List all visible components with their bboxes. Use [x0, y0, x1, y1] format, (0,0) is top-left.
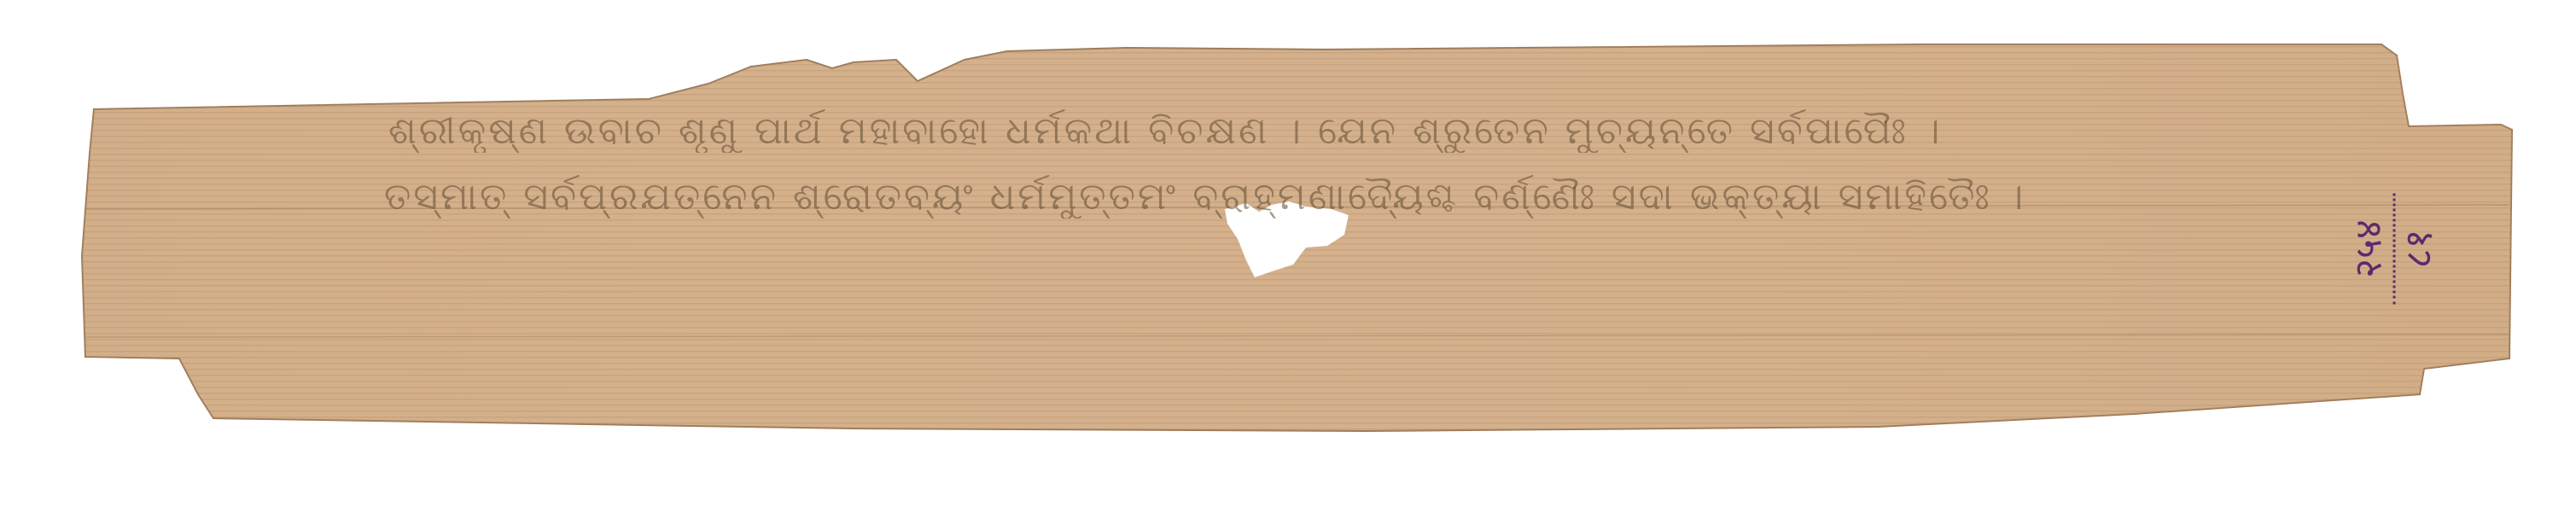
manuscript-line-1: ଶ୍ରୀକୃଷ୍ଣ ଉବାଚ ଶୃଣୁ ପାର୍ଥ ମହାବାହୋ ଧର୍ମକଥ… [388, 109, 2181, 153]
annotation-divider [2393, 194, 2396, 305]
palm-leaf-manuscript: ଶ୍ରୀକୃଷ୍ଣ ଉବାଚ ଶୃଣୁ ପାର୍ଥ ମହାବାହୋ ଧର୍ମକଥ… [0, 0, 2576, 507]
manuscript-line-2: ତସ୍ମାତ୍ ସର୍ବପ୍ରଯତ୍ନେନ ଶ୍ରୋତବ୍ୟଂ ଧର୍ମମୁତ୍… [384, 175, 2219, 219]
leaf-shape [0, 0, 2576, 507]
catalogue-annotation: २५४ ८१ [2351, 194, 2439, 305]
annotation-bottom: ८१ [2401, 230, 2439, 269]
annotation-top: २५४ [2351, 219, 2388, 278]
